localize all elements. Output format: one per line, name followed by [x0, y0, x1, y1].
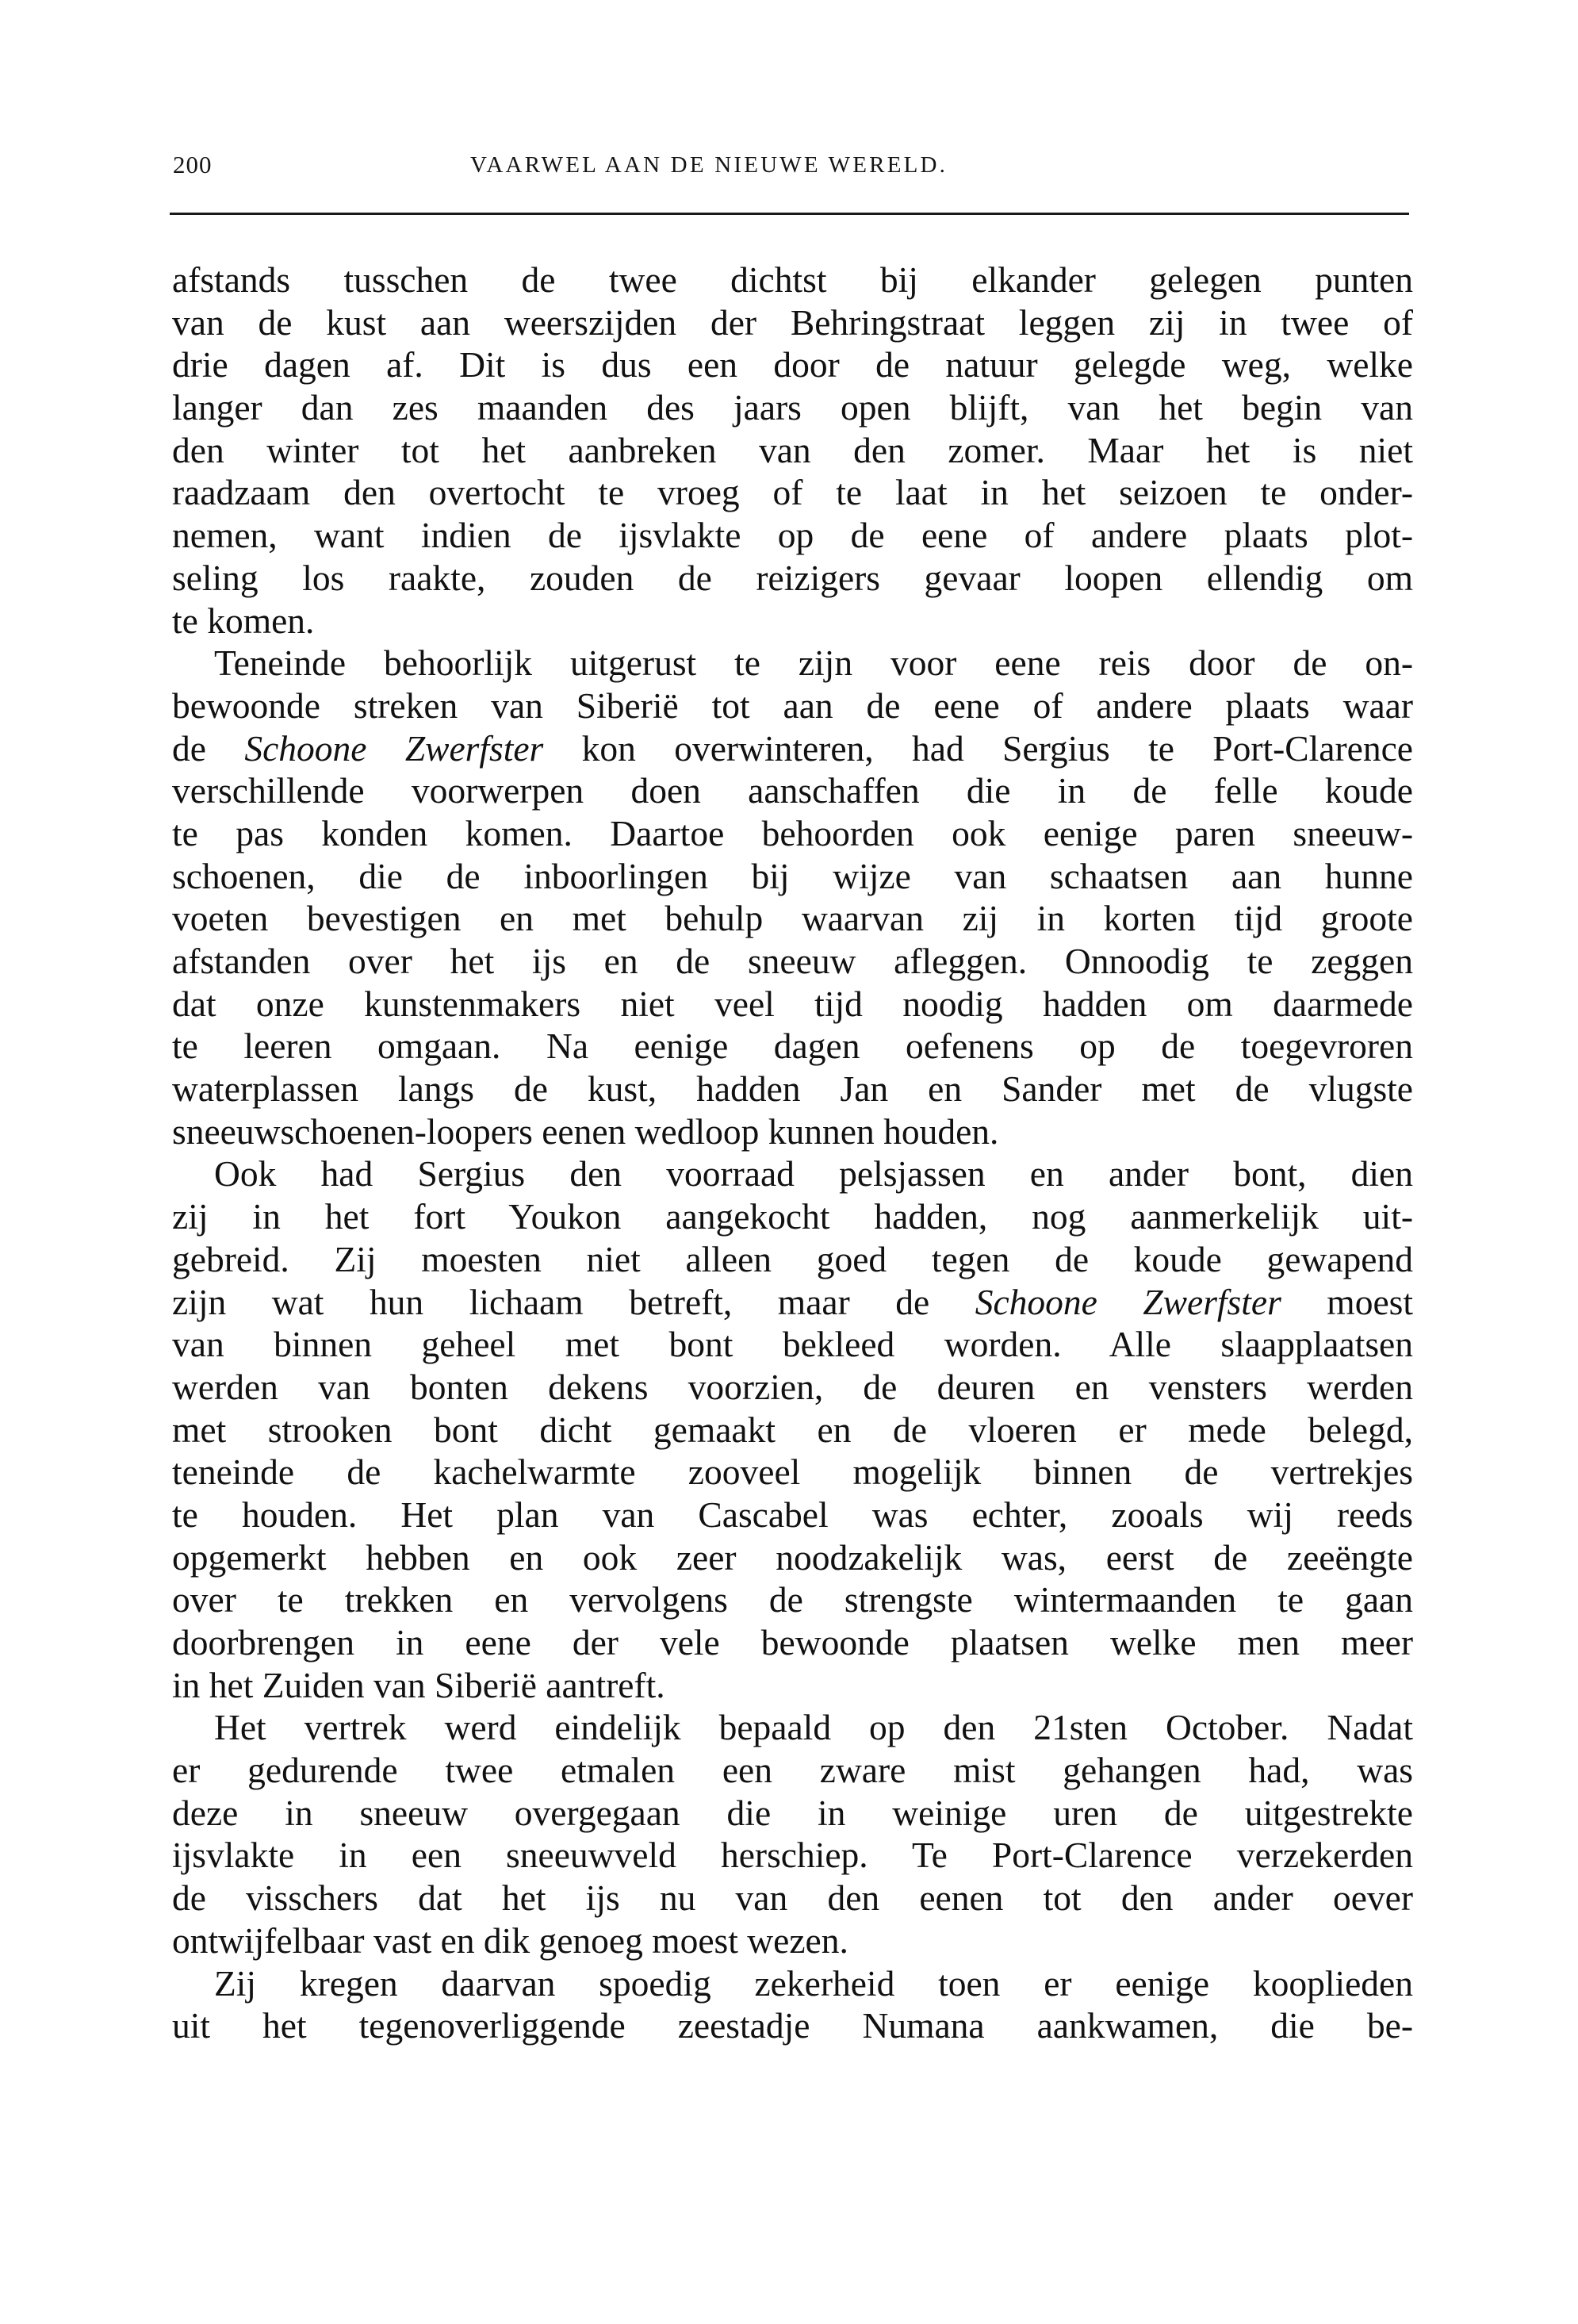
text-line: nemen, want indien de ijsvlakte op de ee… — [172, 514, 1413, 557]
text-line: van de kust aan weerszijden der Behrings… — [172, 301, 1413, 344]
text-line: ijsvlakte in een sneeuwveld herschiep. T… — [172, 1834, 1413, 1877]
text-line: opgemerkt hebben en ook zeer noodzakelij… — [172, 1536, 1413, 1579]
text-line: deze in sneeuw overgegaan die in weinige… — [172, 1792, 1413, 1835]
paragraph-end-line: sneeuwschoenen-loopers eenen wedloop kun… — [172, 1110, 1413, 1153]
book-page: 200 VAARWEL AAN DE NIEUWE WERELD. afstan… — [0, 0, 1578, 2324]
body-text: afstands tusschen de twee dichtst bij el… — [172, 259, 1413, 2047]
text-line: teneinde de kachelwarmte zooveel mogelij… — [172, 1451, 1413, 1494]
text-line: doorbrengen in eene der vele bewoonde pl… — [172, 1621, 1413, 1664]
text-line: uit het tegenoverliggende zeestadje Numa… — [172, 2004, 1413, 2047]
text-line: werden van bonten dekens voorzien, de de… — [172, 1366, 1413, 1409]
text-segment: zijn wat hun lichaam betreft, maar de — [172, 1282, 975, 1322]
text-line: seling los raakte, zouden de reizigers g… — [172, 557, 1413, 600]
text-line: met strooken bont dicht gemaakt en de vl… — [172, 1409, 1413, 1452]
text-line: voeten bevestigen en met behulp waarvan … — [172, 897, 1413, 940]
text-line: dat onze kunstenmakers niet veel tijd no… — [172, 983, 1413, 1026]
text-line: te pas konden komen. Daartoe behoorden o… — [172, 812, 1413, 855]
text-line: gebreid. Zij moesten niet alleen goed te… — [172, 1238, 1413, 1281]
text-segment: kon overwinteren, had Sergius te Port-Cl… — [543, 728, 1413, 769]
paragraph-start-line: Zij kregen daarvan spoedig zekerheid toe… — [172, 1962, 1413, 2005]
text-line: schoenen, die de inboorlingen bij wijze … — [172, 855, 1413, 898]
page-number: 200 — [173, 148, 213, 182]
text-line: bewoonde streken van Siberië tot aan de … — [172, 685, 1413, 727]
running-title: VAARWEL AAN DE NIEUWE WERELD. — [470, 148, 948, 182]
text-line: te leeren omgaan. Na eenige dagen oefene… — [172, 1025, 1413, 1068]
text-line: langer dan zes maanden des jaars open bl… — [172, 386, 1413, 429]
paragraph-end-line: te komen. — [172, 600, 1413, 642]
paragraph-end-line: in het Zuiden van Siberië aantreft. — [172, 1664, 1413, 1707]
text-line: de visschers dat het ijs nu van den eene… — [172, 1877, 1413, 1919]
text-line: afstanden over het ijs en de sneeuw afle… — [172, 940, 1413, 983]
ship-name-italic: Schoone Zwerfster — [244, 728, 543, 769]
running-head: 200 VAARWEL AAN DE NIEUWE WERELD. — [173, 148, 1411, 182]
text-line: zij in het fort Youkon aangekocht hadden… — [172, 1195, 1413, 1238]
text-line: te houden. Het plan van Cascabel was ech… — [172, 1494, 1413, 1536]
header-rule — [170, 213, 1409, 215]
paragraph-start-line: Ook had Sergius den voorraad pelsjassen … — [172, 1152, 1413, 1195]
text-line-with-ship-name: de Schoone Zwerfster kon overwinteren, h… — [172, 727, 1413, 770]
paragraph-start-line: Teneinde behoorlijk uitgerust te zijn vo… — [172, 642, 1413, 685]
text-line-with-ship-name: zijn wat hun lichaam betreft, maar de Sc… — [172, 1281, 1413, 1324]
paragraph-end-line: ontwijfelbaar vast en dik genoeg moest w… — [172, 1919, 1413, 1962]
ship-name-italic: Schoone Zwerfster — [975, 1282, 1281, 1322]
text-segment: de — [172, 728, 244, 769]
text-line: waterplassen langs de kust, hadden Jan e… — [172, 1068, 1413, 1110]
text-segment: moest — [1281, 1282, 1413, 1322]
text-line: drie dagen af. Dit is dus een door de na… — [172, 343, 1413, 386]
paragraph-start-line: Het vertrek werd eindelijk bepaald op de… — [172, 1706, 1413, 1749]
text-line: van binnen geheel met bont bekleed worde… — [172, 1323, 1413, 1366]
text-line: raadzaam den overtocht te vroeg of te la… — [172, 471, 1413, 514]
text-line: afstands tusschen de twee dichtst bij el… — [172, 259, 1413, 301]
text-line: den winter tot het aanbreken van den zom… — [172, 429, 1413, 472]
text-line: er gedurende twee etmalen een zware mist… — [172, 1749, 1413, 1792]
text-line: over te trekken en vervolgens de strengs… — [172, 1578, 1413, 1621]
text-line: verschillende voorwerpen doen aanschaffe… — [172, 769, 1413, 812]
